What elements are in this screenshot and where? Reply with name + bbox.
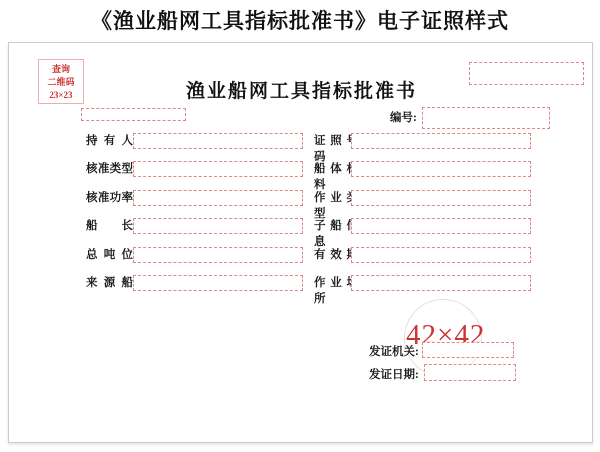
field-label-gross-tonnage: 总吨位 [86,247,133,263]
certificate-title: 渔业船网工具指标批准书 [9,76,594,103]
field-label-holder: 持有人 [86,133,133,149]
form-row: 来源船 作业场所 [9,275,594,292]
form-row: 船长 子船信息 [9,218,594,235]
field-box-subvessel-info [351,218,531,234]
field-box-hull-material [351,161,531,177]
form-row: 核准类型 船体材料 [9,161,594,178]
field-box-gross-tonnage [133,247,303,263]
number-field-placeholder [422,107,550,129]
form-row: 总吨位 有效期 [9,247,594,264]
field-box-approved-type [133,161,303,177]
field-label-approved-type: 核准类型 [86,161,133,177]
issue-date-label: 发证日期: [369,367,419,383]
field-box-operation-type [351,190,531,206]
left-placeholder-box [81,108,186,121]
field-box-certificate-number [351,133,531,149]
certificate-card: 查询 二维码 23×23 渔业船网工具指标批准书 编号: 持有人 证照号码 核准… [8,42,593,443]
issuing-authority-label: 发证机关: [369,344,419,360]
field-label-source-vessel: 来源船 [86,275,133,291]
number-label: 编号: [390,109,417,127]
issue-date-field-placeholder [424,364,516,381]
qr-placeholder-line: 查询 [39,63,83,76]
form-row: 核准功率 作业类型 [9,190,594,207]
issuing-authority-field-placeholder [422,342,514,358]
form-row: 持有人 证照号码 [9,133,594,150]
field-box-approved-power [133,190,303,206]
page-title: 《渔业船网工具指标批准书》电子证照样式 [0,5,600,35]
field-box-holder [133,133,303,149]
field-box-validity-period [351,247,531,263]
field-box-ship-length [133,218,303,234]
field-box-operation-location [351,275,531,291]
field-label-ship-length: 船长 [86,218,133,234]
field-label-approved-power: 核准功率 [86,190,133,206]
field-box-source-vessel [133,275,303,291]
